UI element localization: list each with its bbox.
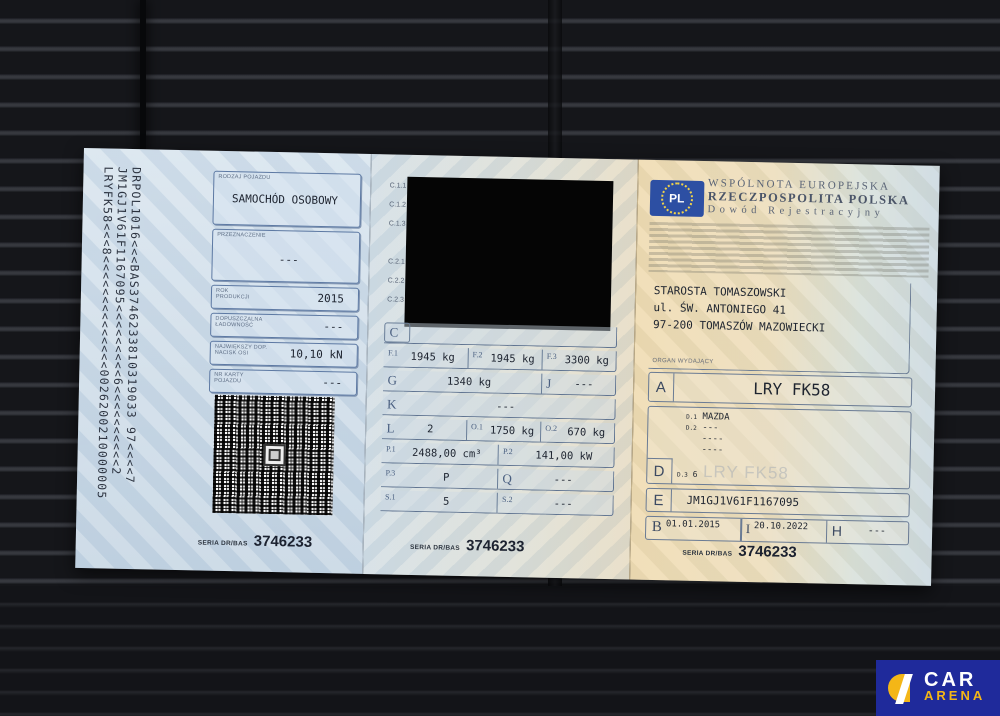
field-key: C xyxy=(385,324,398,340)
field-purpose: PRZEZNACZENIE --- xyxy=(211,229,360,284)
field-max-axle-load: NAJWIĘKSZY DOP. NACISK OSI 10,10 kN xyxy=(209,341,357,368)
multilingual-microtext xyxy=(648,222,929,278)
field-value: 2 xyxy=(394,423,466,436)
first-registration-date: 01.01.2015 xyxy=(666,519,720,530)
serial-value: 3746233 xyxy=(466,537,525,555)
field-o-1: O.11750 kg xyxy=(466,420,542,442)
field-value: --- xyxy=(323,320,343,333)
country-code: PL xyxy=(669,191,685,205)
field-label: ROK PRODUKCJI xyxy=(216,288,256,301)
field-value: 2015 xyxy=(317,292,344,306)
d3-label: D.3 xyxy=(677,471,688,478)
field-key: Q xyxy=(498,471,512,487)
field-o-2: O.2670 kg xyxy=(540,422,616,444)
field-key: P.2 xyxy=(499,445,513,456)
field-f-1: F.11945 kg xyxy=(384,346,468,368)
c-field-labels: C.1.1 C.1.2 C.1.3 C.2.1 C.2.2 C.2.3 xyxy=(387,176,407,309)
field-k: K--- xyxy=(383,394,615,419)
field-vehicle-card-number: NR KARTY POJAZDU --- xyxy=(209,369,357,396)
field-value: 1750 kg xyxy=(483,424,542,437)
field-s-2: S.2--- xyxy=(497,493,614,515)
technical-data-row: P.12488,00 cm³P.2141,00 kW xyxy=(382,442,615,468)
field-label: NR KARTY POJAZDU xyxy=(214,372,264,385)
ovi-watermark: LRY FK58 xyxy=(703,462,789,484)
model-line: D.3 6 xyxy=(677,469,698,478)
field-value: 141,00 kW xyxy=(512,449,615,463)
field-value: --- xyxy=(512,497,614,511)
field-key: S.2 xyxy=(498,493,513,504)
logo-line2: ARENA xyxy=(924,688,985,704)
logo-text: CAR ARENA xyxy=(924,672,985,704)
field-p-2: P.2141,00 kW xyxy=(498,445,615,467)
technical-data-row: G1340 kgJ--- xyxy=(383,370,616,396)
document-right-panel: PL WSPÓLNOTA EUROPEJSKA RZECZPOSPOLITA P… xyxy=(629,160,940,586)
issuing-authority: STAROSTA TOMASZOWSKI ul. ŚW. ANTONIEGO 4… xyxy=(648,278,911,374)
field-value: 2488,00 cm³ xyxy=(395,447,498,461)
serial-label: SERIA DR/BAS xyxy=(682,550,732,558)
c-label: C.2.2 xyxy=(387,271,404,290)
field-f-3: F.33300 kg xyxy=(542,350,618,372)
seat-seam xyxy=(140,0,146,160)
variant-value: ---- xyxy=(686,434,730,446)
logo-line1: CAR xyxy=(924,672,985,688)
field-value: 1945 kg xyxy=(482,352,543,365)
field-value: 1340 kg xyxy=(397,375,542,390)
field-j: J--- xyxy=(541,374,617,396)
issue-date: 20.10.2022 xyxy=(754,521,808,532)
field-e-vin: E JM1GJ1V61F1167095 xyxy=(645,488,909,518)
field-p-1: P.12488,00 cm³ xyxy=(382,442,498,464)
type-value: --- xyxy=(702,423,718,433)
field-key: L xyxy=(382,420,394,436)
field-max-load: DOPUSZCZALNA ŁADOWNOŚĆ --- xyxy=(210,313,358,340)
field-key-c: C xyxy=(384,322,410,343)
field-label: PRZEZNACZENIE xyxy=(217,232,266,239)
registration-document: DRPOL1016<<<BAS3746233810319033 97<<<<7 … xyxy=(75,148,940,586)
field-f-2: F.21945 kg xyxy=(467,348,543,370)
d1-label: D.1 xyxy=(686,414,697,421)
serial-value: 3746233 xyxy=(738,543,797,561)
field-d-make-model: D D.1 MAZDA D.2 --- ---- ---- D.3 6 LRY … xyxy=(646,406,912,490)
document-header: WSPÓLNOTA EUROPEJSKA RZECZPOSPOLITA POLS… xyxy=(707,177,910,220)
issuer-caption: ORGAN WYDAJĄCY xyxy=(652,358,713,365)
eu-flag-icon: PL xyxy=(649,180,704,217)
field-value: --- xyxy=(396,399,615,416)
field-key: P.3 xyxy=(381,466,395,477)
make-value: MAZDA xyxy=(702,412,729,423)
serial-number: SERIA DR/BAS 3746233 xyxy=(682,542,797,561)
c-label: C.1.3 xyxy=(389,214,406,233)
make-details: D.1 MAZDA D.2 --- ---- ---- xyxy=(685,412,729,457)
document-middle-panel: C.1.1 C.1.2 C.1.3 C.2.1 C.2.2 C.2.3 C F.… xyxy=(362,154,637,579)
field-value: 1945 kg xyxy=(398,351,468,364)
field-s-1: S.15 xyxy=(381,490,497,512)
field-key: I xyxy=(746,521,751,537)
field-label: NAJWIĘKSZY DOP. NACISK OSI xyxy=(215,344,275,357)
car-arena-logo-icon xyxy=(888,672,916,704)
field-key: D xyxy=(647,458,673,484)
serial-number: SERIA DR/BAS 3746233 xyxy=(410,536,525,555)
field-key: S.1 xyxy=(381,490,396,501)
document-left-panel: DRPOL1016<<<BAS3746233810319033 97<<<<7 … xyxy=(75,148,371,574)
field-key: H xyxy=(832,523,842,539)
serial-label: SERIA DR/BAS xyxy=(410,544,460,552)
field-key: E xyxy=(646,489,671,512)
field-q: Q--- xyxy=(497,469,614,491)
field-label: RODZAJ POJAZDU xyxy=(218,174,270,181)
field-key: G xyxy=(383,372,397,388)
serial-number: SERIA DR/BAS 3746233 xyxy=(198,531,313,550)
c-label: C.1.1 xyxy=(389,176,406,195)
field-key: B xyxy=(652,519,662,536)
field-a-registration-number: A LRY FK58 xyxy=(648,372,913,408)
field-l: L2 xyxy=(382,418,466,440)
field-value: --- xyxy=(322,376,342,389)
technical-data-row: F.11945 kgF.21945 kgF.33300 kg xyxy=(384,346,617,372)
vin-value: JM1GJ1V61F1167095 xyxy=(686,494,799,509)
field-key: J xyxy=(542,376,551,392)
field-key: O.2 xyxy=(541,422,557,433)
field-vehicle-type: RODZAJ POJAZDU SAMOCHÓD OSOBOWY xyxy=(212,171,361,228)
field-key: K xyxy=(383,396,397,412)
row-c: C xyxy=(384,322,617,348)
c-label: C.2.1 xyxy=(388,252,405,271)
model-value: 6 xyxy=(693,470,698,479)
serial-value: 3746233 xyxy=(254,533,313,551)
technical-data-row: S.15S.2--- xyxy=(381,490,614,516)
field-value: SAMOCHÓD OSOBOWY xyxy=(232,192,338,207)
car-arena-watermark-logo: CAR ARENA xyxy=(876,660,1000,716)
field-value: --- xyxy=(551,378,616,391)
field-value: 5 xyxy=(395,495,497,509)
machine-readable-zone: DRPOL1016<<<BAS3746233810319033 97<<<<7 … xyxy=(94,166,144,537)
field-g: G1340 kg xyxy=(383,370,541,393)
field-value: 3300 kg xyxy=(556,354,617,367)
field-key: F.2 xyxy=(469,348,483,359)
redacted-owner-block xyxy=(405,177,614,331)
technical-data-row: P.3PQ--- xyxy=(381,466,614,492)
serial-label: SERIA DR/BAS xyxy=(198,539,248,547)
field-value: --- xyxy=(512,473,615,487)
seat-cushion xyxy=(0,586,1000,716)
technical-data-row: L2O.11750 kgO.2670 kg xyxy=(382,418,615,444)
field-key: P.1 xyxy=(382,442,396,453)
field-label: DOPUSZCZALNA ŁADOWNOŚĆ xyxy=(215,316,275,329)
field-value: P xyxy=(395,471,498,485)
registration-plate-value: LRY FK58 xyxy=(673,377,911,401)
field-production-year: ROK PRODUKCJI 2015 xyxy=(211,285,359,312)
version-value: ---- xyxy=(685,445,729,457)
field-value: --- xyxy=(279,253,299,266)
field-p-3: P.3P xyxy=(381,466,497,488)
c-label: C.1.2 xyxy=(389,195,406,214)
field-key: A xyxy=(649,373,675,402)
field-value: 670 kg xyxy=(557,426,616,439)
2d-barcode-icon xyxy=(212,395,334,515)
field-value: 10,10 kN xyxy=(290,347,343,361)
field-key: F.3 xyxy=(543,350,557,361)
field-key: F.1 xyxy=(384,346,398,357)
c-label: C.2.3 xyxy=(387,290,404,309)
field-key: O.1 xyxy=(467,420,483,431)
technical-data-row: K--- xyxy=(383,394,616,420)
d2-label: D.2 xyxy=(686,425,697,432)
validity-value: --- xyxy=(868,526,886,537)
